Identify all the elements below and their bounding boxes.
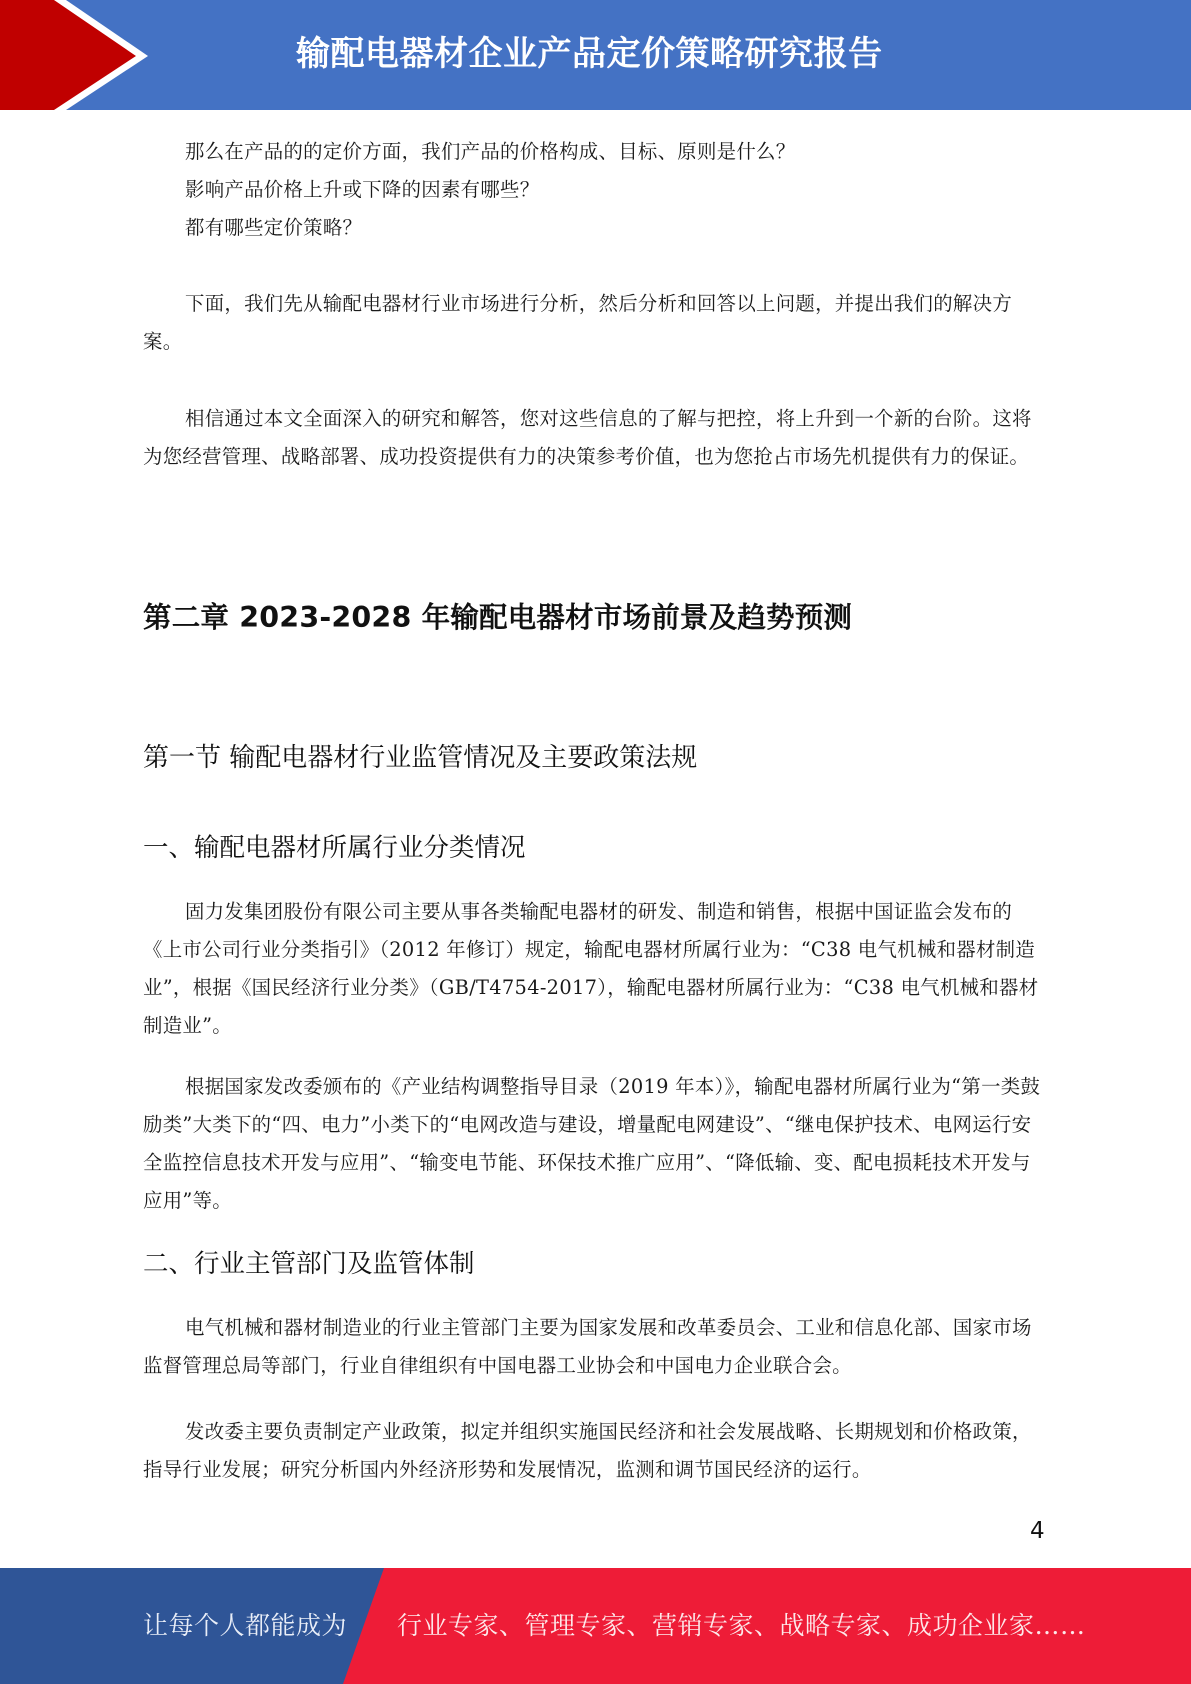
chapter-heading: 第二章 2023-2028 年输配电器材市场前景及趋势预测 (143, 595, 852, 636)
page-number: 4 (1030, 1518, 1045, 1544)
report-title: 输配电器材企业产品定价策略研究报告 (296, 28, 883, 80)
footer-slogan-right: 行业专家、管理专家、营销专家、战略专家、成功企业家…… (397, 1606, 1086, 1642)
intro-paragraph: 相信通过本文全面深入的研究和解答，您对这些信息的了解与把控，将上升到一个新的台阶… (143, 400, 1048, 476)
body-paragraph: 发改委主要负责制定产业政策，拟定并组织实施国民经济和社会发展战略、长期规划和价格… (143, 1413, 1048, 1489)
question-line: 都有哪些定价策略？ (185, 209, 362, 247)
footer-slogan-left: 让每个人都能成为 (143, 1606, 347, 1642)
intro-paragraph: 下面，我们先从输配电器材行业市场进行分析，然后分析和回答以上问题，并提出我们的解… (143, 285, 1048, 361)
body-paragraph: 固力发集团股份有限公司主要从事各类输配电器材的研发、制造和销售，根据中国证监会发… (143, 893, 1048, 1045)
section-heading: 第一节 输配电器材行业监管情况及主要政策法规 (143, 737, 697, 774)
page-header: 输配电器材企业产品定价策略研究报告 (0, 0, 1191, 110)
subsection-heading: 二、行业主管部门及监管体制 (143, 1244, 475, 1280)
question-line: 那么在产品的的定价方面，我们产品的价格构成、目标、原则是什么？ (185, 133, 795, 171)
page-footer: 让每个人都能成为 行业专家、管理专家、营销专家、战略专家、成功企业家…… (0, 1568, 1191, 1684)
body-paragraph: 根据国家发改委颁布的《产业结构调整指导目录（2019 年本）》，输配电器材所属行… (143, 1068, 1048, 1220)
subsection-heading: 一、输配电器材所属行业分类情况 (143, 828, 526, 864)
body-paragraph: 电气机械和器材制造业的行业主管部门主要为国家发展和改革委员会、工业和信息化部、国… (143, 1309, 1048, 1385)
question-line: 影响产品价格上升或下降的因素有哪些？ (185, 171, 539, 209)
chevron-arrow-icon (0, 0, 160, 110)
